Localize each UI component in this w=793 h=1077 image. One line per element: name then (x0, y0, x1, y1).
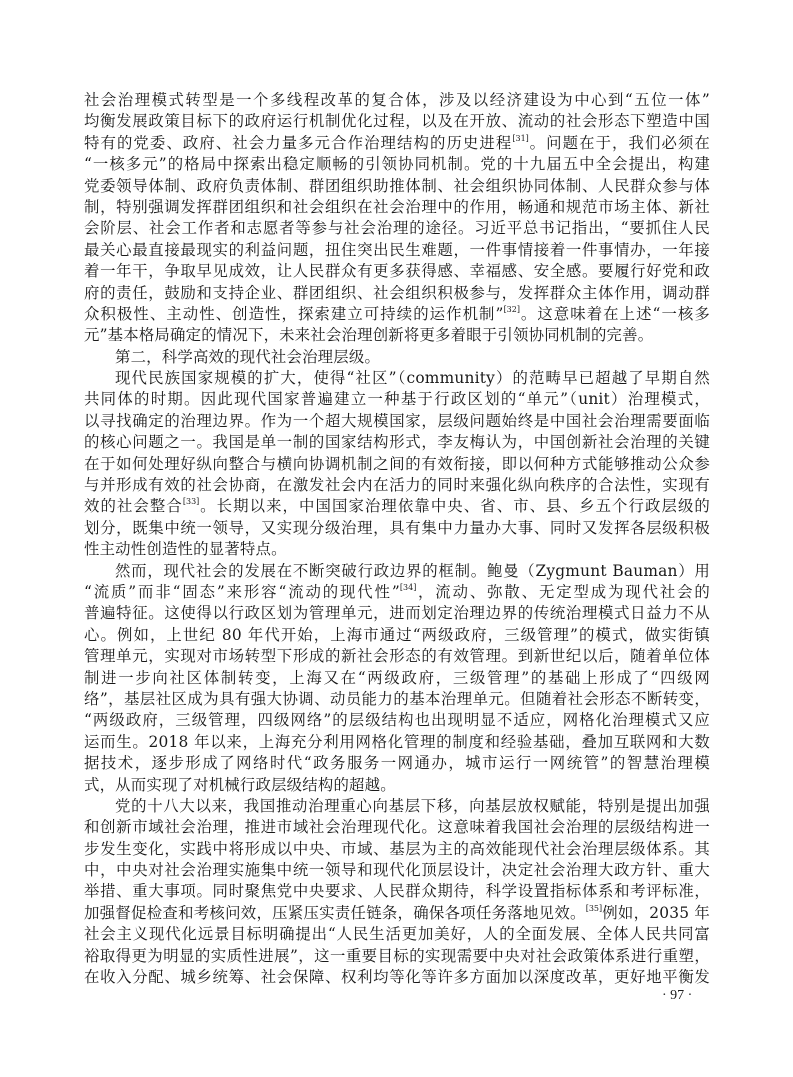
text-line: 在收入分配、城乡统筹、社会保障、权利均等化等许多方面加以深度改革，更好地平衡发 (84, 967, 710, 988)
line-text-continued: ，流动、弥散、无定型成为现代社会的 (416, 583, 710, 601)
text-line: 社会主义现代化远景目标明确提出“人民生活更加美好，人的全面发展、全体人民共同富 (84, 924, 710, 945)
text-line: 众积极性、主动性、创造性，探索建立可持续的运作机制”[32]。这意味着在上述“一… (84, 304, 710, 325)
text-line: 举措、重大事项。同时聚焦党中央要求、人民群众期待，科学设置指标体系和考评标准， (84, 881, 710, 902)
line-text: 管理单元，实现对市场转型下形成的新社会形态的有效管理。到新世纪以后，随着单位体 (84, 647, 710, 665)
text-line: 和创新市域社会治理，推进市域社会治理现代化。这意味着我国社会治理的层级结构进一 (84, 817, 710, 838)
line-text: 会阶层、社会工作者和志愿者等参与社会治理的途径。习近平总书记指出，“要抓住人民 (84, 219, 710, 237)
line-text: 和创新市域社会治理，推进市域社会治理现代化。这意味着我国社会治理的层级结构进一 (84, 818, 710, 836)
line-text: 制，特别强调发挥群团组织和社会组织在社会治理中的作用，畅通和规范市场主体、新社 (84, 198, 710, 216)
text-line: 式，从而实现了对机械行政层级结构的超越。 (84, 775, 710, 796)
text-line: 加强督促检查和考核问效，压紧压实责任链条，确保各项任务落地见效。[35]例如，2… (84, 903, 710, 924)
line-text: 共同体的时期。因此现代国家普遍建立一种基于行政区划的“单元”（unit）治理模式… (84, 390, 710, 408)
text-line: 最关心最直接最现实的利益问题，扭住突出民生难题，一件事情接着一件事情办，一年接 (84, 240, 710, 261)
text-line: 党委领导体制、政府负责体制、群团组织助推体制、社会组织协同体制、人民群众参与体 (84, 176, 710, 197)
text-line: “一核多元”的格局中探索出稳定顺畅的引领协同机制。党的十九届五中全会提出，构建 (84, 154, 710, 175)
line-text-continued: 例如，2035 年 (602, 904, 710, 922)
line-text: “一核多元”的格局中探索出稳定顺畅的引领协同机制。党的十九届五中全会提出，构建 (84, 155, 710, 173)
text-line: 的核心问题之一。我国是单一制的国家结构形式，李友梅认为，中国创新社会治理的关键 (84, 432, 710, 453)
text-line: 划分，既集中统一领导，又实现分级治理，具有集中力量办大事、同时又发挥各层级积极 (84, 518, 710, 539)
line-text: 步发生变化，实践中将形成以中央、市域、基层为主的高效能现代社会治理层级体系。其 (84, 840, 710, 858)
line-text-continued: 。问题在于，我们必须在 (529, 134, 710, 152)
document-page: 社会治理模式转型是一个多线程改革的复合体，涉及以经济建设为中心到“五位一体”均衡… (0, 0, 793, 1077)
line-text: 第二，科学高效的现代社会治理层级。 (115, 348, 380, 366)
citation-reference: [34] (400, 583, 416, 592)
text-line: 心。例如，上世纪 80 年代开始，上海市通过“两级政府，三级管理”的模式，做实街… (84, 625, 710, 646)
line-text: 的核心问题之一。我国是单一制的国家结构形式，李友梅认为，中国创新社会治理的关键 (84, 433, 710, 451)
line-text-continued: 。这意味着在上述“一核多 (520, 305, 710, 323)
line-text: 在于如何处理好纵向整合与横向协调机制之间的有效衔接，即以何种方式能够推动公众参 (84, 455, 710, 473)
text-line: 在于如何处理好纵向整合与横向协调机制之间的有效衔接，即以何种方式能够推动公众参 (84, 454, 710, 475)
line-text: 众积极性、主动性、创造性，探索建立可持续的运作机制” (84, 305, 504, 323)
line-text: 式，从而实现了对机械行政层级结构的超越。 (84, 776, 396, 794)
text-line: 会阶层、社会工作者和志愿者等参与社会治理的途径。习近平总书记指出，“要抓住人民 (84, 218, 710, 239)
text-line: 特有的党委、政府、社会力量多元合作治理结构的历史进程[31]。问题在于，我们必须… (84, 133, 710, 154)
text-line: 据技术，逐步形成了网络时代“政务服务一网通办，城市运行一网统管”的智慧治理模 (84, 753, 710, 774)
line-text: 裕取得更为明显的实质性进展”，这一重要目标的实现需要中央对社会政策体系进行重塑， (84, 947, 710, 965)
text-line: 现代民族国家规模的扩大，使得“社区”（community）的范畴早已超越了早期自… (84, 368, 710, 389)
line-text: 元”基本格局确定的情况下，未来社会治理创新将更多着眼于引领协同机制的完善。 (84, 326, 653, 344)
line-text: 然而，现代社会的发展在不断突破行政边界的框制。鲍曼（Zygmunt Bauman… (115, 562, 710, 580)
line-text-continued: 。长期以来，中国国家治理依靠中央、省、市、县、乡五个行政层级的 (199, 497, 710, 515)
citation-reference: [35] (586, 904, 602, 913)
text-line: 党的十八大以来，我国推动治理重心向基层下移，向基层放权赋能，特别是提出加强 (84, 796, 710, 817)
text-line: 步发生变化，实践中将形成以中央、市域、基层为主的高效能现代社会治理层级体系。其 (84, 839, 710, 860)
line-text: 均衡发展政策目标下的政府运行机制优化过程，以及在开放、流动的社会形态下塑造中国 (84, 112, 710, 130)
line-text: 效的社会整合 (84, 497, 183, 515)
line-text: 划分，既集中统一领导，又实现分级治理，具有集中力量办大事、同时又发挥各层级积极 (84, 519, 710, 537)
line-text: “两级政府，三级管理，四级网络”的层级结构也出现明显不适应，网格化治理模式又应 (84, 711, 710, 729)
line-text: 府的责任，鼓励和支持企业、群团组织、社会组织积极参与，发挥群众主体作用，调动群 (84, 284, 710, 302)
text-line: 与并形成有效的社会协商，在激发社会内在活力的同时来强化纵向秩序的合法性，实现有 (84, 475, 710, 496)
text-line: 均衡发展政策目标下的政府运行机制优化过程，以及在开放、流动的社会形态下塑造中国 (84, 111, 710, 132)
text-line: 着一年干，争取早见成效，让人民群众有更多获得感、幸福感、安全感。要履行好党和政 (84, 261, 710, 282)
text-line: 制进一步向社区体制转变，上海又在“两级政府，三级管理”的基础上形成了“四级网 (84, 668, 710, 689)
citation-reference: [33] (183, 497, 199, 506)
line-text: 现代民族国家规模的扩大，使得“社区”（community）的范畴早已超越了早期自… (115, 369, 710, 387)
text-line: 效的社会整合[33]。长期以来，中国国家治理依靠中央、省、市、县、乡五个行政层级… (84, 496, 710, 517)
body-text: 社会治理模式转型是一个多线程改革的复合体，涉及以经济建设为中心到“五位一体”均衡… (84, 90, 710, 988)
line-text: “流质”而非“固态”来形容“流动的现代性” (84, 583, 400, 601)
text-line: 管理单元，实现对市场转型下形成的新社会形态的有效管理。到新世纪以后，随着单位体 (84, 646, 710, 667)
line-text: 性主动性创造性的显著特点。 (84, 540, 287, 558)
text-line: 络”，基层社区成为具有强大协调、动员能力的基本治理单元。但随着社会形态不断转变， (84, 689, 710, 710)
text-line: 共同体的时期。因此现代国家普遍建立一种基于行政区划的“单元”（unit）治理模式… (84, 389, 710, 410)
line-text: 着一年干，争取早见成效，让人民群众有更多获得感、幸福感、安全感。要履行好党和政 (84, 262, 710, 280)
citation-reference: [31] (512, 134, 528, 143)
text-line: “两级政府，三级管理，四级网络”的层级结构也出现明显不适应，网格化治理模式又应 (84, 710, 710, 731)
text-line: 运而生。2018 年以来，上海充分利用网格化管理的制度和经验基础，叠加互联网和大… (84, 732, 710, 753)
citation-reference: [32] (504, 305, 520, 314)
line-text: 中，中央对社会治理实施集中统一领导和现代化顶层设计，决定社会治理大政方针、重大 (84, 861, 710, 879)
line-text: 社会治理模式转型是一个多线程改革的复合体，涉及以经济建设为中心到“五位一体” (84, 91, 710, 109)
line-text: 据技术，逐步形成了网络时代“政务服务一网通办，城市运行一网统管”的智慧治理模 (84, 754, 710, 772)
text-line: 然而，现代社会的发展在不断突破行政边界的框制。鲍曼（Zygmunt Bauman… (84, 561, 710, 582)
text-line: 以寻找确定的治理边界。作为一个超大规模国家，层级问题始终是中国社会治理需要面临 (84, 411, 710, 432)
line-text: 与并形成有效的社会协商，在激发社会内在活力的同时来强化纵向秩序的合法性，实现有 (84, 476, 710, 494)
line-text: 党的十八大以来，我国推动治理重心向基层下移，向基层放权赋能，特别是提出加强 (115, 797, 710, 815)
line-text: 运而生。2018 年以来，上海充分利用网格化管理的制度和经验基础，叠加互联网和大… (84, 733, 710, 751)
text-line: 性主动性创造性的显著特点。 (84, 539, 710, 560)
text-line: 制，特别强调发挥群团组织和社会组织在社会治理中的作用，畅通和规范市场主体、新社 (84, 197, 710, 218)
text-line: 裕取得更为明显的实质性进展”，这一重要目标的实现需要中央对社会政策体系进行重塑， (84, 946, 710, 967)
text-line: 第二，科学高效的现代社会治理层级。 (84, 347, 710, 368)
text-line: 元”基本格局确定的情况下，未来社会治理创新将更多着眼于引领协同机制的完善。 (84, 325, 710, 346)
line-text: 党委领导体制、政府负责体制、群团组织助推体制、社会组织协同体制、人民群众参与体 (84, 177, 710, 195)
line-text: 最关心最直接最现实的利益问题，扭住突出民生难题，一件事情接着一件事情办，一年接 (84, 241, 710, 259)
text-line: 中，中央对社会治理实施集中统一领导和现代化顶层设计，决定社会治理大政方针、重大 (84, 860, 710, 881)
line-text: 举措、重大事项。同时聚焦党中央要求、人民群众期待，科学设置指标体系和考评标准， (84, 882, 710, 900)
line-text: 在收入分配、城乡统筹、社会保障、权利均等化等许多方面加以深度改革，更好地平衡发 (84, 968, 710, 986)
line-text: 加强督促检查和考核问效，压紧压实责任链条，确保各项任务落地见效。 (84, 904, 586, 922)
line-text: 络”，基层社区成为具有强大协调、动员能力的基本治理单元。但随着社会形态不断转变， (84, 690, 710, 708)
text-line: “流质”而非“固态”来形容“流动的现代性”[34]，流动、弥散、无定型成为现代社… (84, 582, 710, 603)
text-line: 社会治理模式转型是一个多线程改革的复合体，涉及以经济建设为中心到“五位一体” (84, 90, 710, 111)
line-text: 社会主义现代化远景目标明确提出“人民生活更加美好，人的全面发展、全体人民共同富 (84, 925, 710, 943)
text-line: 府的责任，鼓励和支持企业、群团组织、社会组织积极参与，发挥群众主体作用，调动群 (84, 283, 710, 304)
text-line: 普遍特征。这使得以行政区划为管理单元，进而划定治理边界的传统治理模式日益力不从 (84, 603, 710, 624)
line-text: 特有的党委、政府、社会力量多元合作治理结构的历史进程 (84, 134, 512, 152)
line-text: 制进一步向社区体制转变，上海又在“两级政府，三级管理”的基础上形成了“四级网 (84, 669, 710, 687)
line-text: 普遍特征。这使得以行政区划为管理单元，进而划定治理边界的传统治理模式日益力不从 (84, 604, 710, 622)
line-text: 以寻找确定的治理边界。作为一个超大规模国家，层级问题始终是中国社会治理需要面临 (84, 412, 710, 430)
line-text: 心。例如，上世纪 80 年代开始，上海市通过“两级政府，三级管理”的模式，做实街… (84, 626, 710, 644)
page-number: · 97 · (662, 988, 692, 1004)
